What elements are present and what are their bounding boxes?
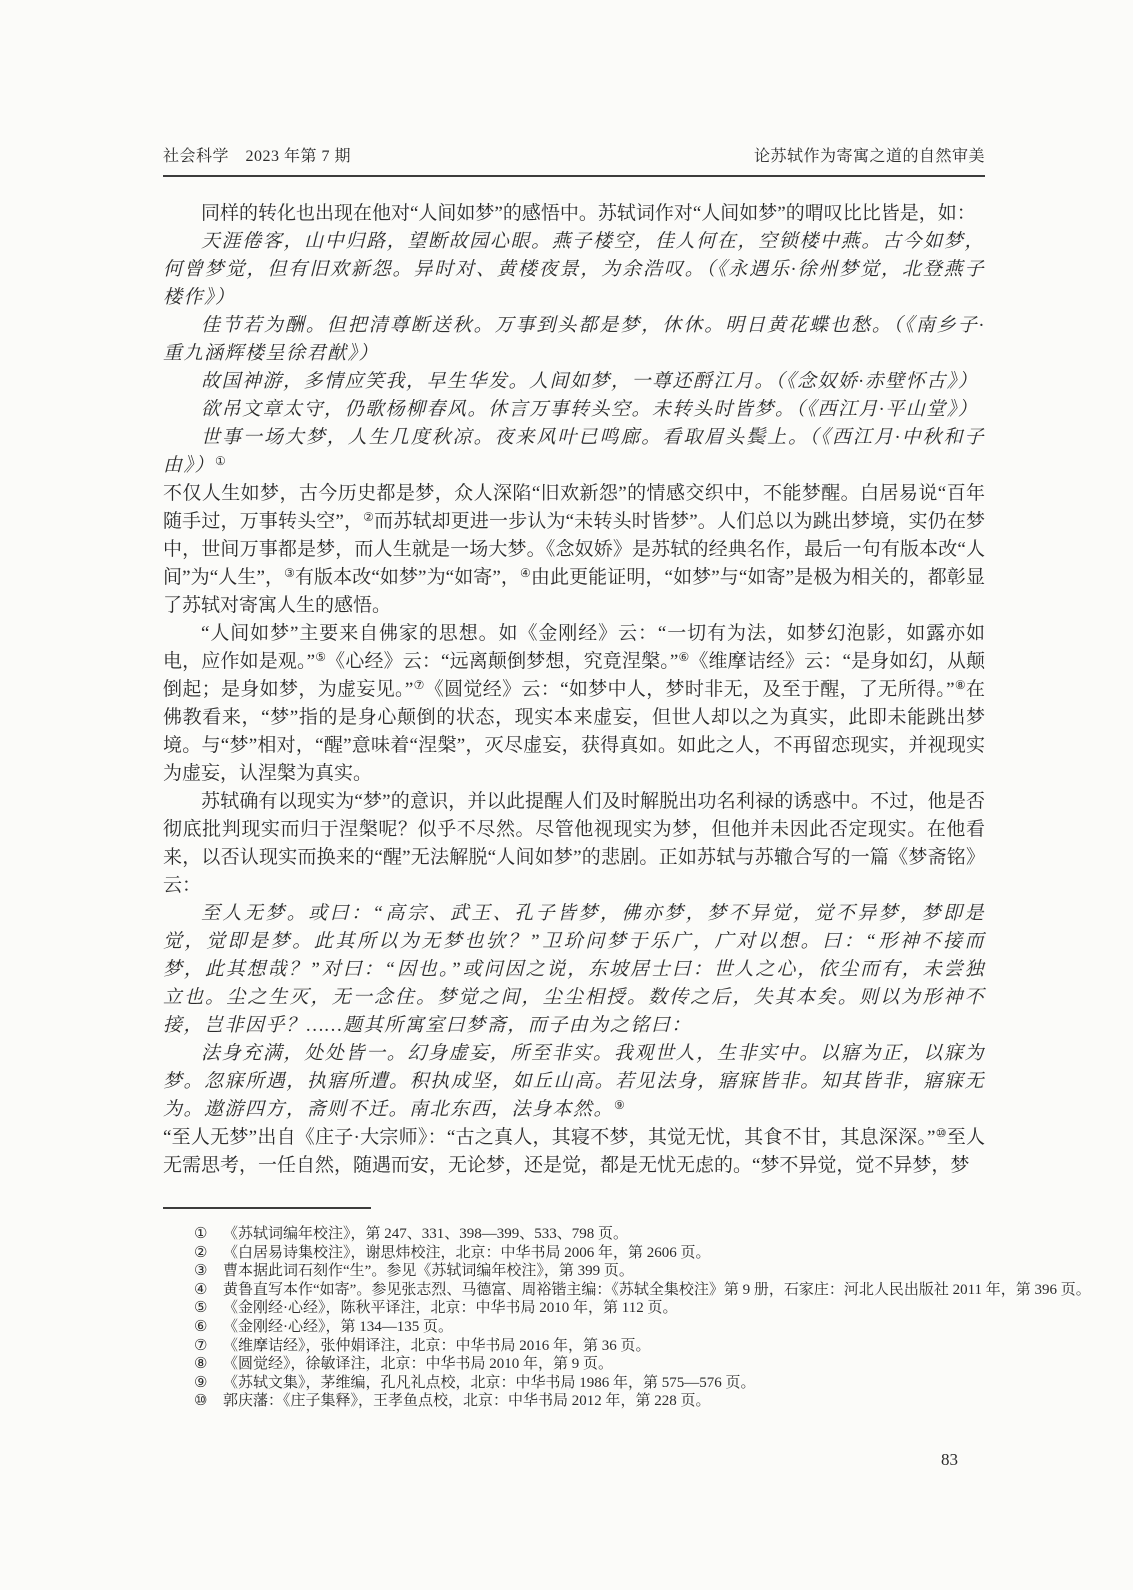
journal-issue: 社会科学 2023 年第 7 期 bbox=[163, 143, 351, 166]
footnote-number: ⑨ bbox=[194, 1374, 223, 1393]
footnote-text: 《苏轼文集》，茅维编，孔凡礼点校，北京：中华书局 1986 年，第 575—57… bbox=[223, 1374, 756, 1393]
verse-quote: 天涯倦客，山中归路，望断故园心眼。燕子楼空，佳人何在，空锁楼中燕。古今如梦，何曾… bbox=[163, 228, 985, 312]
article-body: 同样的转化也出现在他对“人间如梦”的感悟中。苏轼词作对“人间如梦”的喟叹比比皆是… bbox=[163, 200, 985, 1180]
footnote-number: ⑩ bbox=[194, 1392, 223, 1411]
footnote-number: ② bbox=[194, 1244, 223, 1263]
paragraph: “至人无梦”出自《庄子·大宗师》：“古之真人，其寝不梦，其觉无忧，其食不甘，其息… bbox=[163, 1124, 985, 1180]
footnote-item: ④ 黄鲁直写本作“如寄”。参见张志烈、马德富、周裕锴主编：《苏轼全集校注》第 9… bbox=[163, 1281, 985, 1300]
page-number: 83 bbox=[941, 1450, 958, 1470]
footnotes-section: ① 《苏轼词编年校注》，第 247、331、398—399、533、798 页。… bbox=[163, 1207, 985, 1411]
footnote-item: ⑦ 《维摩诘经》，张仲娟译注，北京：中华书局 2016 年，第 36 页。 bbox=[163, 1337, 985, 1356]
footnote-item: ⑨ 《苏轼文集》，茅维编，孔凡礼点校，北京：中华书局 1986 年，第 575—… bbox=[163, 1374, 985, 1393]
page-header: 社会科学 2023 年第 7 期 论苏轼作为寄寓之道的自然审美 bbox=[163, 143, 985, 177]
footnote-item: ③ 曹本据此词石刻作“生”。参见《苏轼词编年校注》，第 399 页。 bbox=[163, 1262, 985, 1281]
footnote-number: ⑤ bbox=[194, 1299, 223, 1318]
verse-quote: 故国神游，多情应笑我，早生华发。人间如梦，一尊还酹江月。（《念奴娇·赤壁怀古》） bbox=[163, 368, 985, 396]
footnote-number: ⑥ bbox=[194, 1318, 223, 1337]
verse-quote: 佳节若为酬。但把清尊断送秋。万事到头都是梦，休休。明日黄花蝶也愁。（《南乡子·重… bbox=[163, 312, 985, 368]
footnote-number: ⑧ bbox=[194, 1355, 223, 1374]
journal-page: 社会科学 2023 年第 7 期 论苏轼作为寄寓之道的自然审美 同样的转化也出现… bbox=[0, 0, 1133, 1590]
footnote-text: 《苏轼词编年校注》，第 247、331、398—399、533、798 页。 bbox=[223, 1225, 628, 1244]
footnote-text: 《金刚经·心经》，陈秋平译注，北京：中华书局 2010 年，第 112 页。 bbox=[223, 1299, 677, 1318]
footnote-text: 郭庆藩：《庄子集释》，王孝鱼点校，北京：中华书局 2012 年，第 228 页。 bbox=[223, 1392, 711, 1411]
footnote-item: ⑧ 《圆觉经》，徐敏译注，北京：中华书局 2010 年，第 9 页。 bbox=[163, 1355, 985, 1374]
prose-quote: 法身充满，处处皆一。幻身虚妄，所至非实。我观世人，生非实中。以寤为正，以寐为梦。… bbox=[163, 1040, 985, 1124]
footnote-text: 《圆觉经》，徐敏译注，北京：中华书局 2010 年，第 9 页。 bbox=[223, 1355, 613, 1374]
verse-quote: 世事一场大梦，人生几度秋凉。夜来风叶已鸣廊。看取眉头鬓上。（《西江月·中秋和子由… bbox=[163, 424, 985, 480]
footnote-number: ① bbox=[194, 1225, 223, 1244]
verse-quote: 欲吊文章太守，仍歌杨柳春风。休言万事转头空。未转头时皆梦。（《西江月·平山堂》） bbox=[163, 396, 985, 424]
paragraph: 苏轼确有以现实为“梦”的意识，并以此提醒人们及时解脱出功名利禄的诱惑中。不过，他… bbox=[163, 788, 985, 900]
footnote-number: ④ bbox=[194, 1281, 223, 1300]
footnote-text: 黄鲁直写本作“如寄”。参见张志烈、马德富、周裕锴主编：《苏轼全集校注》第 9 册… bbox=[223, 1281, 1091, 1300]
footnote-text: 《金刚经·心经》，第 134—135 页。 bbox=[223, 1318, 453, 1337]
footnote-text: 《白居易诗集校注》，谢思炜校注，北京：中华书局 2006 年，第 2606 页。 bbox=[223, 1244, 711, 1263]
footnote-item: ② 《白居易诗集校注》，谢思炜校注，北京：中华书局 2006 年，第 2606 … bbox=[163, 1244, 985, 1263]
paragraph: 同样的转化也出现在他对“人间如梦”的感悟中。苏轼词作对“人间如梦”的喟叹比比皆是… bbox=[163, 200, 985, 228]
article-running-title: 论苏轼作为寄寓之道的自然审美 bbox=[754, 143, 985, 166]
footnote-text: 《维摩诘经》，张仲娟译注，北京：中华书局 2016 年，第 36 页。 bbox=[223, 1337, 651, 1356]
footnote-separator bbox=[163, 1207, 371, 1209]
paragraph: 不仅人生如梦，古今历史都是梦，众人深陷“旧欢新怨”的情感交织中，不能梦醒。白居易… bbox=[163, 480, 985, 620]
footnote-item: ⑤ 《金刚经·心经》，陈秋平译注，北京：中华书局 2010 年，第 112 页。 bbox=[163, 1299, 985, 1318]
footnote-item: ⑥ 《金刚经·心经》，第 134—135 页。 bbox=[163, 1318, 985, 1337]
footnote-item: ① 《苏轼词编年校注》，第 247、331、398—399、533、798 页。 bbox=[163, 1225, 985, 1244]
paragraph: “人间如梦”主要来自佛家的思想。如《金刚经》云：“一切有为法，如梦幻泡影，如露亦… bbox=[163, 620, 985, 788]
footnote-number: ⑦ bbox=[194, 1337, 223, 1356]
footnote-number: ③ bbox=[194, 1262, 223, 1281]
prose-quote: 至人无梦。或曰：“高宗、武王、孔子皆梦，佛亦梦，梦不异觉，觉不异梦，梦即是觉，觉… bbox=[163, 900, 985, 1040]
footnote-item: ⑩ 郭庆藩：《庄子集释》，王孝鱼点校，北京：中华书局 2012 年，第 228 … bbox=[163, 1392, 985, 1411]
footnote-text: 曹本据此词石刻作“生”。参见《苏轼词编年校注》，第 399 页。 bbox=[223, 1262, 634, 1281]
